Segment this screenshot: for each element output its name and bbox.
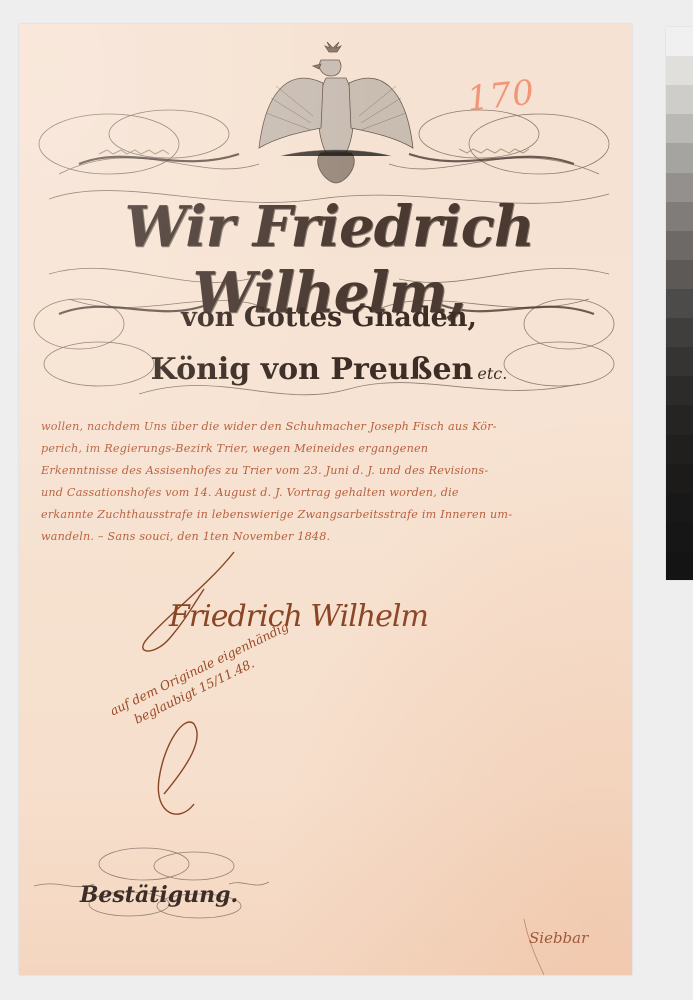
body-line: perich, im Regierungs-Bezirk Trier, wege…: [41, 438, 631, 460]
document-sheet: 170 Wir Friedrich Wilhelm, von Gottes Gn…: [19, 24, 632, 975]
calibration-patch: [666, 435, 693, 464]
prussian-eagle-emblem: [251, 38, 416, 188]
archive-number: 170: [465, 73, 537, 120]
calibration-patch: [666, 289, 693, 318]
countersignature: Siebbar: [529, 929, 588, 947]
heading-king-line: König von Preußenetc.: [39, 352, 619, 387]
calibration-patch: [666, 85, 693, 114]
king-signature: Friedrich Wilhelm: [169, 599, 428, 634]
calibration-patch: [666, 405, 693, 434]
calibration-patch: [666, 231, 693, 260]
body-line: wollen, nachdem Uns über die wider den S…: [41, 416, 631, 438]
calibration-patch: [666, 114, 693, 143]
king-title: König von Preußen: [151, 352, 474, 387]
body-line: erkannte Zuchthausstrafe in lebenswierig…: [41, 504, 631, 526]
confirmation-label: Bestätigung.: [59, 882, 259, 908]
body-line: und Cassationshofes vom 14. August d. J.…: [41, 482, 631, 504]
calibration-patch: [666, 143, 693, 172]
calibration-patch: [666, 173, 693, 202]
body-line: wandeln. – Sans souci, den 1ten November…: [41, 526, 631, 548]
calibration-patch: [666, 376, 693, 405]
grayscale-calibration-strip: [666, 27, 693, 580]
calibration-patch: [666, 493, 693, 522]
calibration-patch: [666, 551, 693, 580]
calibration-patch: [666, 464, 693, 493]
calibration-patch: [666, 260, 693, 289]
body-line: Erkenntnisse des Assisenhofes zu Trier v…: [41, 460, 631, 482]
calibration-patch: [666, 202, 693, 231]
calibration-patch: [666, 318, 693, 347]
decree-body: wollen, nachdem Uns über die wider den S…: [41, 416, 631, 548]
heading-grace-line: von Gottes Gnaden,: [39, 302, 619, 333]
calibration-patch: [666, 522, 693, 551]
calibration-patch: [666, 56, 693, 85]
calibration-patch: [666, 347, 693, 376]
calibration-patch: [666, 27, 693, 56]
etc-abbrev: etc.: [477, 364, 507, 383]
